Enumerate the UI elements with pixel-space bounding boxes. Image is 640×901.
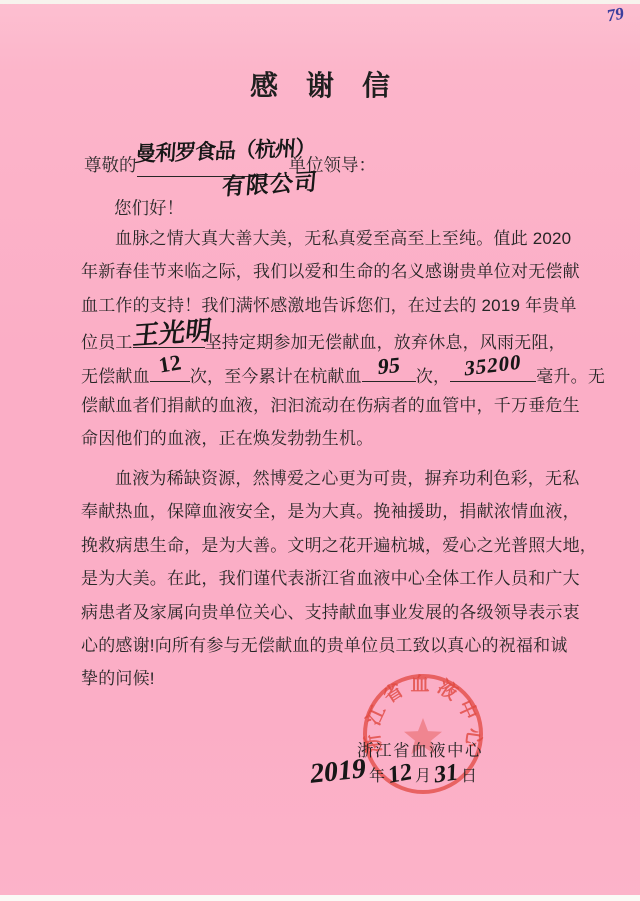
- paragraph-2-line: 血液为稀缺资源，然博爱之心更为可贵，摒弃功利色彩，无私: [81, 462, 565, 495]
- date-day-label: 日: [461, 763, 477, 788]
- date-month-label: 月: [415, 763, 431, 788]
- donation-times-blank: 12: [150, 356, 190, 382]
- letter-title: 感谢信: [0, 64, 640, 104]
- text-mid-1: 次，至今累计在杭献血: [190, 367, 362, 386]
- donation-times-handwritten: 12: [148, 348, 192, 380]
- recipient-name-handwritten-line2: 有限公司: [221, 170, 319, 198]
- donor-name-handwritten: 王光明: [131, 319, 206, 350]
- date-year-label: 年: [369, 763, 385, 788]
- total-times-blank: 95: [362, 356, 416, 382]
- paragraph-2: 血液为稀缺资源，然博爱之心更为可贵，摒弃功利色彩，无私 奉献热血，保障血液安全，…: [81, 462, 565, 696]
- paragraph-1-line: 命因他们的血液，正在焕发勃勃生机。: [81, 422, 565, 455]
- scan-edge-top: [0, 0, 640, 4]
- date-month-handwritten: 12: [388, 759, 413, 790]
- paragraph-1-line: 血工作的支持！我们满怀感激地告诉您们，在过去的 2019 年贵单: [81, 289, 565, 322]
- scanned-letter-page: 79 感谢信 尊敬的曼利罗食品（杭州）单位领导： 有限公司 您们好！ 血脉之情大…: [0, 0, 640, 901]
- text-after-volume: 毫升。无: [536, 367, 605, 386]
- salutation-prefix: 尊敬的: [84, 155, 137, 175]
- paragraph-2-line: 病患者及家属向贵单位关心、支持献血事业发展的各级领导表示衷: [81, 596, 565, 629]
- total-times-handwritten: 95: [361, 350, 417, 382]
- text-mid-2: 次，: [416, 367, 450, 386]
- paragraph-1-line-with-name: 位员工王光明坚持定期参加无偿献血，放弃休息，风雨无阻，: [81, 322, 565, 355]
- paragraph-1-line: 偿献血者们捐献的血液，汩汩流动在伤病者的血管中，千万垂危生: [81, 389, 565, 422]
- paragraph-2-line: 奉献热血，保障血液安全，是为大真。挽袖援助，捐献浓情血液，: [81, 495, 565, 528]
- text-before-donor-name: 位员工: [81, 333, 133, 352]
- greeting-line: 您们好！: [114, 195, 184, 220]
- date-line: 2019 年 12 月 31 日: [310, 756, 477, 788]
- paragraph-2-line: 心的感谢!向所有参与无偿献血的贵单位员工致以真心的祝福和诚: [81, 629, 565, 662]
- date-day-handwritten: 31: [434, 759, 459, 790]
- paragraph-2-line: 挚的问候!: [81, 662, 565, 695]
- paragraph-1-line: 年新春佳节来临之际，我们以爱和生命的名义感谢贵单位对无偿献: [81, 255, 565, 288]
- paragraph-1-line: 血脉之情大真大善大美，无私真爱至高至上至纯。值此 2020: [81, 222, 565, 255]
- page-number-annotation: 79: [607, 3, 624, 26]
- donor-name-blank: 王光明: [133, 322, 205, 348]
- paragraph-2-line: 挽救病患生命，是为大善。文明之花开遍杭城，爱心之光普照大地，: [81, 529, 565, 562]
- paragraph-2-line: 是为大美。在此，我们谨代表浙江省血液中心全体工作人员和广大: [81, 562, 565, 595]
- text-before-times: 无偿献血: [81, 367, 150, 386]
- scan-edge-bottom: [0, 895, 640, 901]
- date-year-handwritten: 2019: [309, 753, 367, 791]
- paragraph-1-line-with-numbers: 无偿献血12次，至今累计在杭献血95次，35200毫升。无: [81, 356, 565, 389]
- paragraph-1: 血脉之情大真大善大美，无私真爱至高至上至纯。值此 2020 年新春佳节来临之际，…: [81, 222, 565, 456]
- volume-blank: 35200: [450, 356, 536, 382]
- recipient-name-handwritten: 曼利罗食品（杭州）: [134, 138, 315, 165]
